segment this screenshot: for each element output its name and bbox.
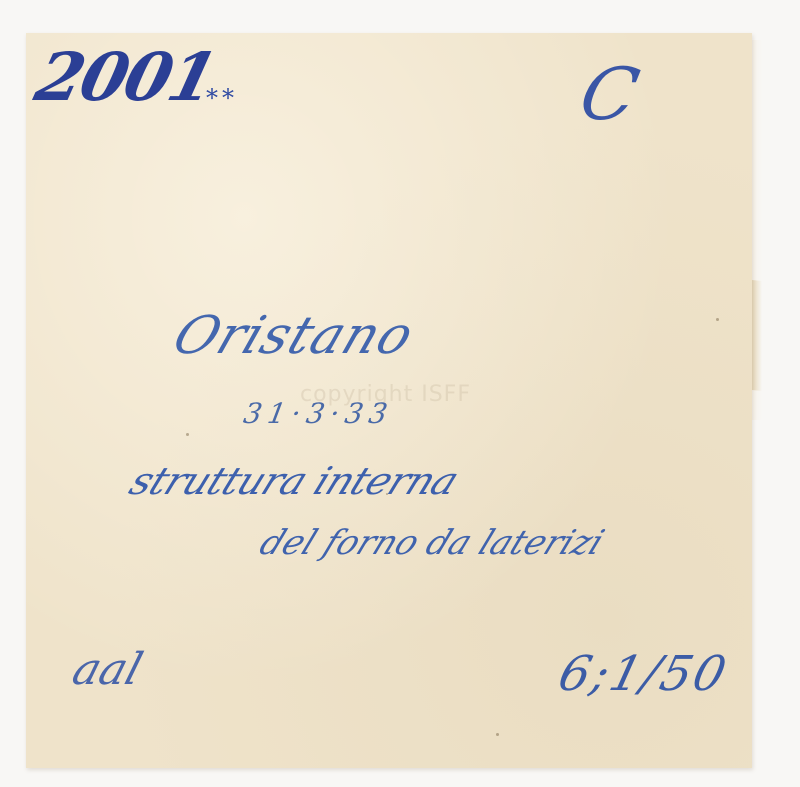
description-line-1: struttura interna	[125, 462, 464, 500]
scale-notation: 6;1/50	[554, 650, 732, 698]
photo-backdrop: 2001 ** C Oristano copyright ISFF 31·3·3…	[0, 0, 800, 787]
paper-speck	[716, 318, 719, 321]
description-line-2: del forno da laterizi	[255, 526, 608, 560]
author-initials: aal	[68, 648, 147, 692]
paper-speck	[496, 733, 499, 736]
date: 31·3·33	[242, 400, 396, 428]
catalog-number: 2001	[30, 44, 222, 110]
catalog-star-marks: **	[206, 86, 238, 110]
place-name: Oristano	[167, 310, 421, 362]
paper-speck	[186, 433, 189, 436]
